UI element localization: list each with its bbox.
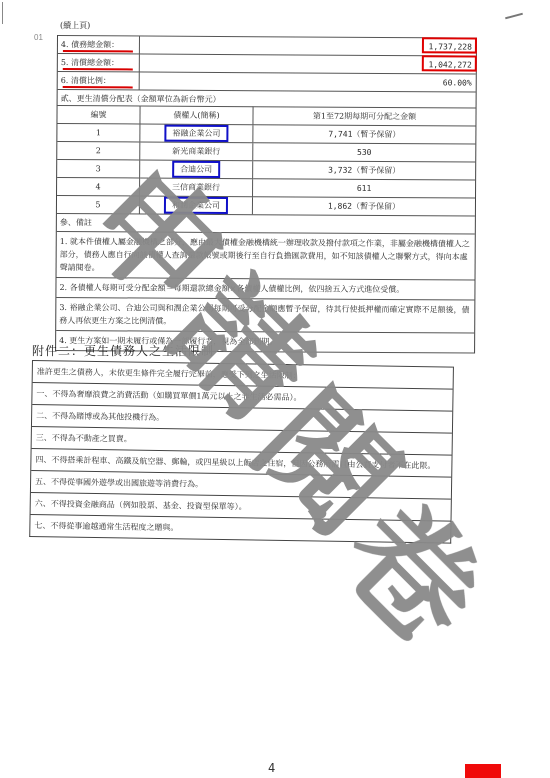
annex-title: 附件二：更生債務人之生活限制 xyxy=(32,342,214,359)
creditor-number: 5 xyxy=(57,196,140,214)
red-highlight-box xyxy=(422,55,477,71)
page-number: 4 xyxy=(268,761,275,775)
allocation-title: 貳、更生清償分配表（金額單位為新台幣元） xyxy=(58,89,476,108)
scan-artifact-line xyxy=(2,2,3,24)
note-item: 3. 裕融企業公司、合迪公司與和潤企業公司每期可受分配金額應暫予保留，待其行使抵… xyxy=(56,297,474,333)
creditor-number: 2 xyxy=(57,142,140,161)
living-restrictions-table: 准許更生之債務人，未依更生條件完全履行完畢前，應受下列之生活限制： 一、不得為奢… xyxy=(29,360,454,544)
summary-label: 6. 清償比例： xyxy=(61,76,111,85)
red-corner-tab xyxy=(465,764,501,778)
note-item: 2. 各債權人每期可受分配金額＝每期還款總金額×各債權人債權比例，依四捨五入方式… xyxy=(56,277,474,300)
summary-value: 60.00% xyxy=(443,78,472,87)
settlement-table: 4. 債務總金額： 1,737,228 5. 清償總金額： 1,042,272 … xyxy=(55,35,477,354)
column-header: 債權人(簡稱) xyxy=(140,106,253,125)
red-highlight-box xyxy=(422,37,477,53)
creditor-name: 和潤企業公司 xyxy=(164,197,228,214)
red-underline xyxy=(63,86,133,88)
allocation-table: 編號 債權人(簡稱) 第1至72期每期可分配之金額 1 裕融企業公司 7,741… xyxy=(57,105,476,216)
creditor-name: 裕融企業公司 xyxy=(164,125,228,142)
allocation-amount: 611 xyxy=(253,179,476,198)
allocation-amount: 1,862（暫予保留） xyxy=(252,197,475,216)
creditor-number: 4 xyxy=(57,178,140,197)
continued-label: (續上頁) xyxy=(60,20,90,31)
scan-artifact-mark xyxy=(505,13,523,20)
red-underline xyxy=(63,50,133,52)
summary-label: 5. 清償總金額： xyxy=(61,58,119,67)
scanned-page: (續上頁) 01 4. 債務總金額： 1,737,228 5. 清償總金額： 1… xyxy=(0,0,550,778)
note-item: 1. 就本件債權人屬金融機構之部分，應由最大債權金融機構統一辦理收款及撥付款項之… xyxy=(57,231,475,280)
creditor-name: 合迪公司 xyxy=(172,161,220,178)
allocation-amount: 530 xyxy=(253,143,476,162)
notes-section: 參、備註 1. 就本件債權人屬金融機構之部分，應由最大債權金融機構統一辦理收款及… xyxy=(56,213,475,354)
column-header: 編號 xyxy=(57,106,140,125)
creditor-number: 1 xyxy=(57,124,140,143)
allocation-amount: 3,732（暫予保留） xyxy=(253,161,476,180)
creditor-number: 3 xyxy=(57,160,140,179)
page-code: 01 xyxy=(34,33,43,42)
column-header: 第1至72期每期可分配之金額 xyxy=(253,107,476,126)
allocation-amount: 7,741（暫予保留） xyxy=(253,125,476,144)
red-underline xyxy=(63,68,133,70)
creditor-name: 新光商業銀行 xyxy=(140,142,253,161)
summary-label: 4. 債務總金額： xyxy=(61,40,119,49)
creditor-name: 三信商業銀行 xyxy=(140,178,253,197)
